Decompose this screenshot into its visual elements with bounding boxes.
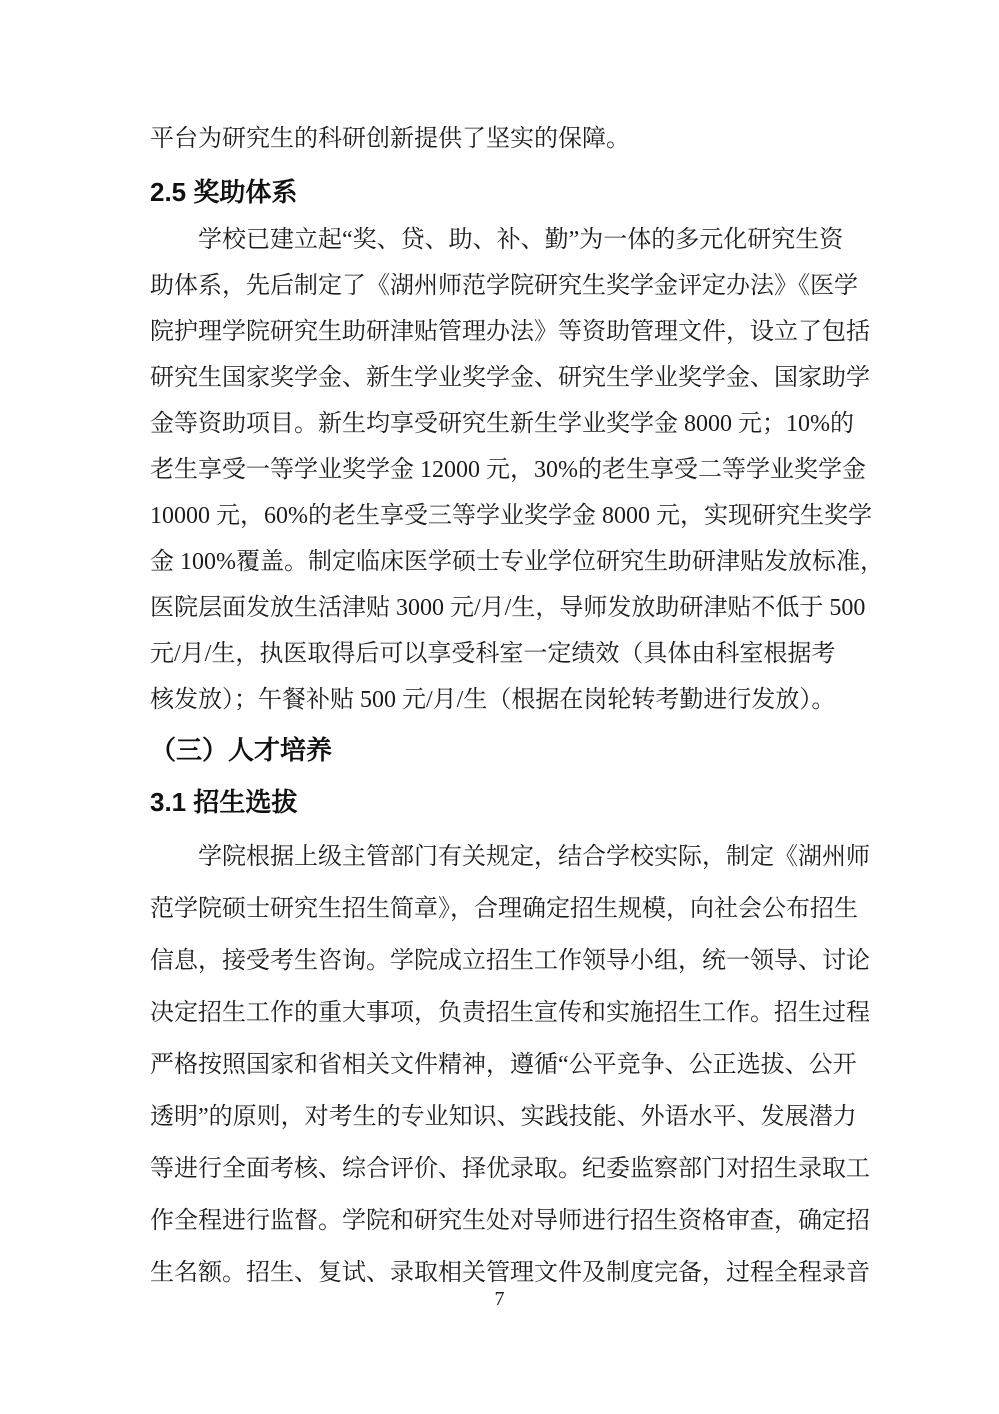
paragraph-funding-system: 学校已建立起“奖、贷、助、补、勤”为一体的多元化研究生资 助体系，先后制定了《湖… (150, 217, 860, 723)
document-page: 平台为研究生的科研创新提供了坚实的保障。 2.5 奖助体系 学校已建立起“奖、贷… (0, 0, 999, 1414)
body-text-line: 作全程进行监督。学院和研究生处对导师进行招生资格审查，确定招 (150, 1195, 860, 1247)
body-text-line: 10000 元，60%的老生享受三等学业奖学金 8000 元，实现研究生奖学 (150, 493, 860, 539)
body-text-line: 老生享受一等学业奖学金 12000 元，30%的老生享受二等学业奖学金 (150, 447, 860, 493)
section-heading-2-5: 2.5 奖助体系 (150, 172, 297, 209)
body-text-line: 等进行全面考核、综合评价、择优录取。纪委监察部门对招生录取工 (150, 1143, 860, 1195)
body-text-line: 学校已建立起“奖、贷、助、补、勤”为一体的多元化研究生资 (150, 217, 860, 263)
body-text-line: 助体系，先后制定了《湖州师范学院研究生奖学金评定办法》《医学 (150, 263, 860, 309)
body-text-line: 核发放）；午餐补贴 500 元/月/生（根据在岗轮转考勤进行发放）。 (150, 677, 860, 723)
paragraph-admissions: 学院根据上级主管部门有关规定，结合学校实际，制定《湖州师 范学院硕士研究生招生简… (150, 831, 860, 1299)
body-text-line: 严格按照国家和省相关文件精神，遵循“公平竞争、公正选拔、公开 (150, 1039, 860, 1091)
section-heading-3: （三）人才培养 (150, 730, 332, 767)
body-text-line: 院护理学院研究生助研津贴管理办法》等资助管理文件，设立了包括 (150, 309, 860, 355)
body-text-line: 医院层面发放生活津贴 3000 元/月/生，导师发放助研津贴不低于 500 (150, 585, 860, 631)
body-text-line: 信息，接受考生咨询。学院成立招生工作领导小组，统一领导、讨论 (150, 935, 860, 987)
paragraph-continuation-line: 平台为研究生的科研创新提供了坚实的保障。 (150, 116, 630, 162)
body-text-line: 金等资助项目。新生均享受研究生新生学业奖学金 8000 元；10%的 (150, 401, 860, 447)
body-text-line: 透明”的原则，对考生的专业知识、实践技能、外语水平、发展潜力 (150, 1091, 860, 1143)
body-text-line: 金 100%覆盖。制定临床医学硕士专业学位研究生助研津贴发放标准， (150, 539, 860, 585)
body-text-line: 范学院硕士研究生招生简章》，合理确定招生规模，向社会公布招生 (150, 883, 860, 935)
page-number: 7 (0, 1288, 999, 1311)
body-text-line: 元/月/生，执医取得后可以享受科室一定绩效（具体由科室根据考 (150, 631, 860, 677)
section-heading-3-1: 3.1 招生选拔 (150, 782, 297, 819)
body-text-line: 研究生国家奖学金、新生学业奖学金、研究生学业奖学金、国家助学 (150, 355, 860, 401)
body-text-line: 学院根据上级主管部门有关规定，结合学校实际，制定《湖州师 (150, 831, 860, 883)
body-text-line: 决定招生工作的重大事项，负责招生宣传和实施招生工作。招生过程 (150, 987, 860, 1039)
